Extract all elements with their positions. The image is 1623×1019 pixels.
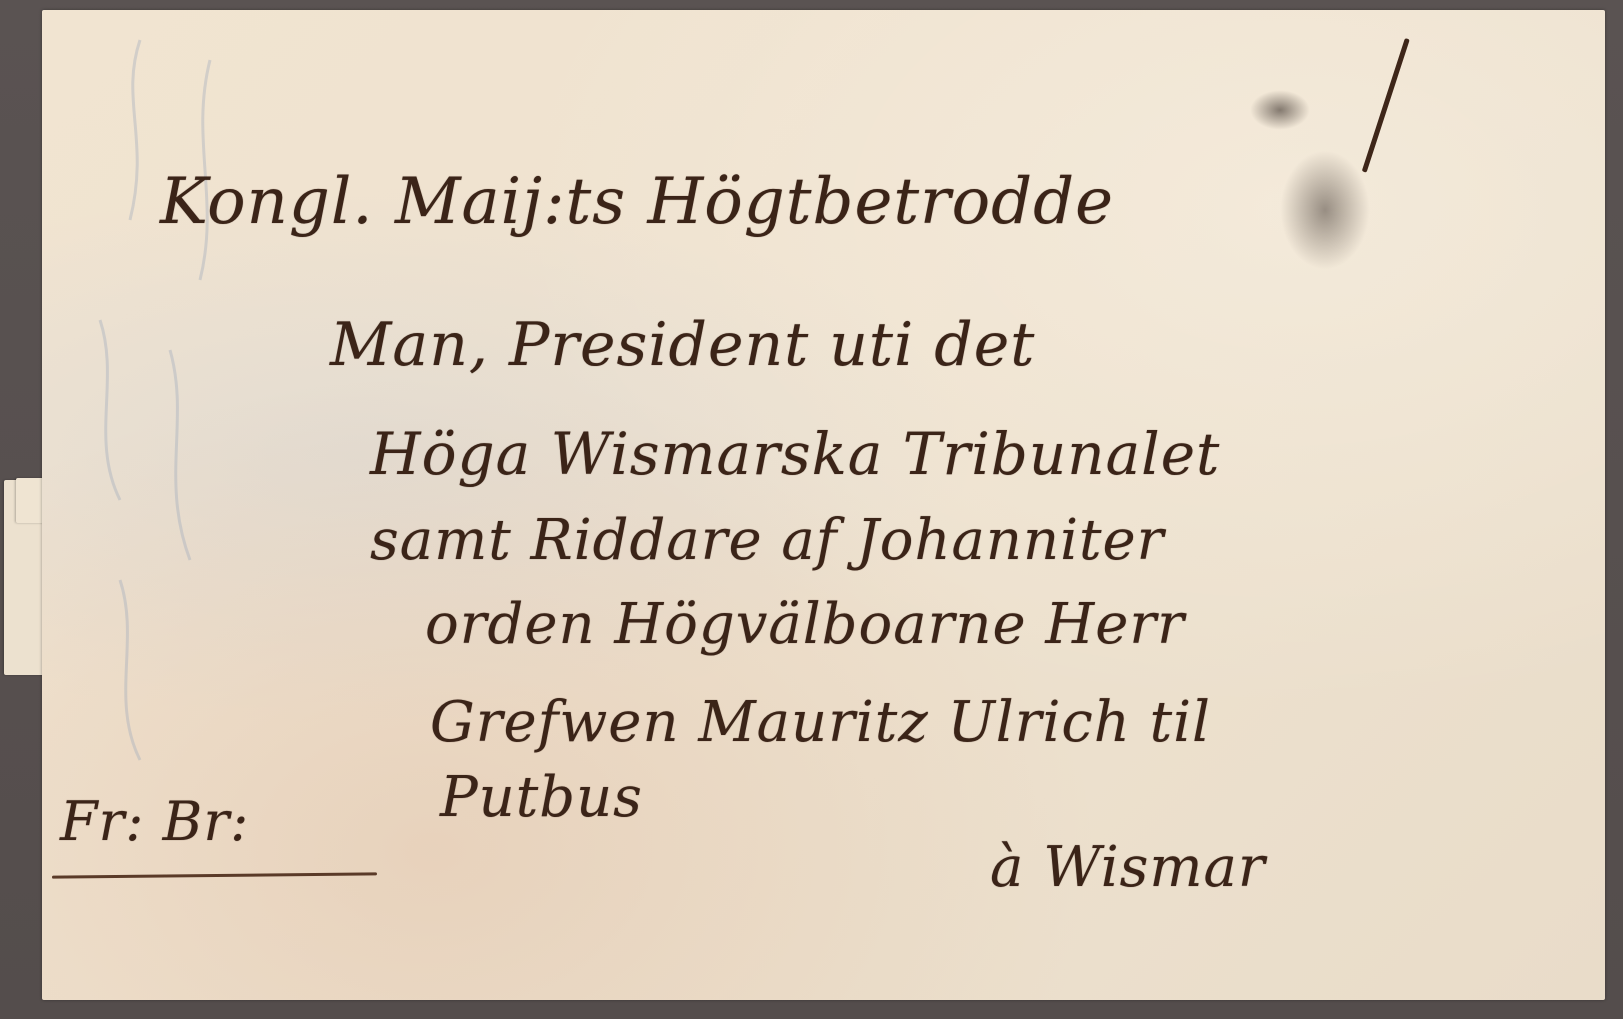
ink-blot — [1250, 90, 1310, 130]
address-line-6: Grefwen Mauritz Ulrich til — [430, 690, 1211, 755]
address-line-4: samt Riddare af Johanniter — [370, 508, 1164, 573]
franco-annotation: Fr: Br: — [60, 790, 249, 853]
destination-line: à Wismar — [990, 835, 1266, 900]
address-line-5: orden Högvälboarne Herr — [425, 592, 1185, 657]
address-line-3: Höga Wismarska Tribunalet — [370, 420, 1220, 488]
address-line-1: Kongl. Maij:ts Högtbetrodde — [160, 165, 1114, 239]
address-line-7: Putbus — [440, 765, 643, 830]
address-line-2: Man, President uti det — [330, 310, 1035, 380]
ink-smudge — [1280, 150, 1370, 270]
paper-flap-tab — [16, 478, 44, 523]
